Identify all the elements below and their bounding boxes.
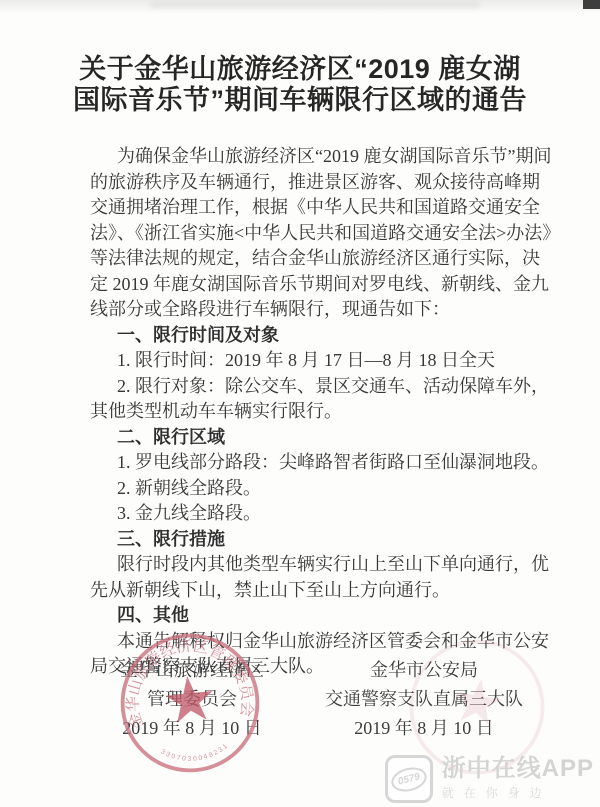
section-1-item-2: 2. 限行对象：除公交车、景区交通车、活动保障车外，其他类型机动车车辆实行限行。 — [90, 374, 554, 425]
signature-left-date: 2019 年 8 月 10 日 — [86, 714, 298, 743]
section-2-item-2: 2. 新朝线全路段。 — [90, 476, 554, 502]
signature-left-org-line1: 金华山旅游经济区 — [86, 656, 298, 685]
section-1-heading: 一、限行时间及对象 — [90, 323, 554, 349]
signature-block-left: 金华山旅游经济区 管理委员会 2019 年 8 月 10 日 — [86, 656, 298, 743]
signature-right-org-line2: 交通警察支队直属三大队 — [296, 685, 552, 714]
intro-paragraph: 为确保金华山旅游经济区“2019 鹿女湖国际音乐节”期间的旅游秩序及车辆通行，推… — [90, 144, 554, 323]
signature-left-org-line2: 管理委员会 — [86, 685, 298, 714]
signature-block-right: 金华市公安局 交通警察支队直属三大队 2019 年 8 月 10 日 — [296, 656, 552, 743]
section-2-item-1: 1. 罗电线部分路段：尖峰路智者街路口至仙瀑洞地段。 — [90, 450, 554, 476]
signature-right-date: 2019 年 8 月 10 日 — [296, 714, 552, 743]
notice-title-line2: 国际音乐节”期间车辆限行区域的通告 — [73, 85, 527, 115]
notice-title-line1: 关于金华山旅游经济区“2019 鹿女湖 — [79, 54, 521, 84]
section-3-paragraph: 限行时段内其他类型车辆实行山上至山下单向通行，优先从新朝线下山，禁止山下至山上方… — [90, 552, 554, 603]
section-3-heading: 三、限行措施 — [90, 527, 554, 553]
section-2-heading: 二、限行区域 — [90, 425, 554, 451]
notice-photo: 关于金华山旅游经济区“2019 鹿女湖 国际音乐节”期间车辆限行区域的通告 为确… — [0, 0, 600, 807]
section-1-item-1: 1. 限行时间：2019 年 8 月 17 日—8 月 18 日全天 — [90, 348, 554, 374]
seal-code: 3307030048231 — [159, 741, 232, 766]
svg-text:3307030048231: 3307030048231 — [159, 741, 232, 766]
section-4-heading: 四、其他 — [90, 603, 554, 629]
watermark-logo-text: 0579 — [388, 763, 428, 794]
notice-title: 关于金华山旅游经济区“2019 鹿女湖 国际音乐节”期间车辆限行区域的通告 — [40, 54, 560, 116]
watermark: 0579 浙中在线APP 就在你身边 — [385, 755, 594, 803]
camera-artifact — [583, 0, 600, 9]
section-2-item-3: 3. 金九线全路段。 — [90, 501, 554, 527]
watermark-text: 浙中在线APP 就在你身边 — [442, 757, 594, 801]
watermark-slogan: 就在你身边 — [442, 784, 552, 801]
watermark-app-name: 浙中在线APP — [442, 757, 594, 781]
notice-body: 为确保金华山旅游经济区“2019 鹿女湖国际音乐节”期间的旅游秩序及车辆通行，推… — [90, 144, 554, 680]
signature-right-org-line1: 金华市公安局 — [296, 656, 552, 685]
photo-smudge — [150, 2, 480, 8]
watermark-logo-icon: 0579 — [385, 755, 433, 803]
